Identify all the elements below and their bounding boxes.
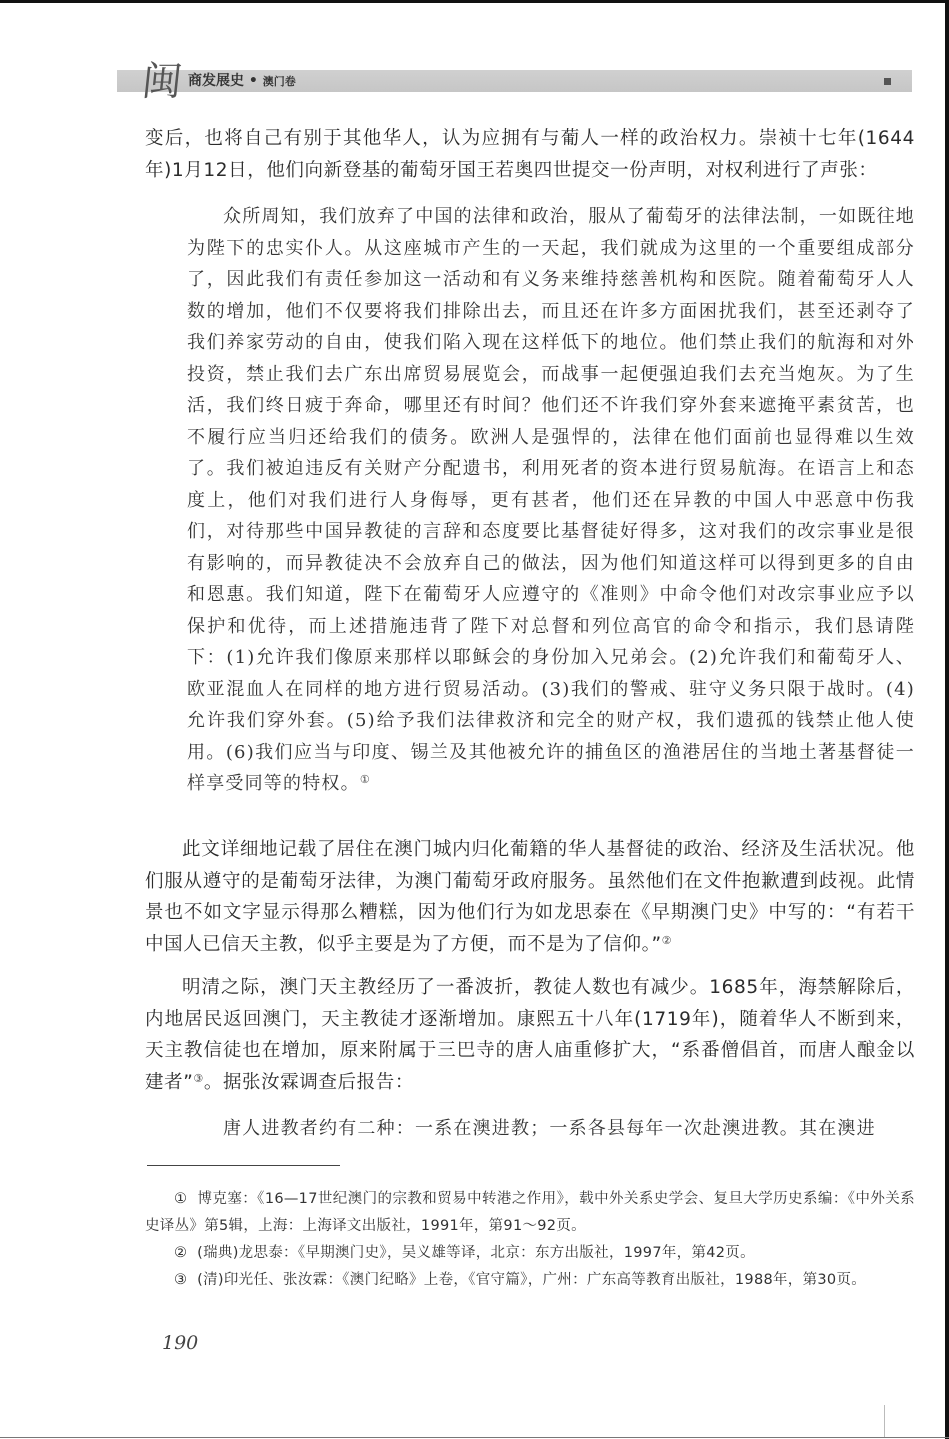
header-logo-min-character: 闽 <box>140 60 185 104</box>
paragraph-analysis: 此文详细地记载了居住在澳门城内归化葡籍的华人基督徒的政治、经济及生活状况。他们服… <box>145 834 915 960</box>
block-quote-report: 唐人进教者约有二种：一系在澳进教；一系各县每年一次赴澳进教。其在澳进 <box>187 1113 915 1145</box>
page-number: 190 <box>162 1332 198 1354</box>
scan-top-border <box>0 0 949 3</box>
scan-artifact-mark <box>884 1405 885 1437</box>
volume-subtitle: 澳门卷 <box>263 75 296 88</box>
running-header-title: 商发展史 • 澳门卷 <box>188 71 296 92</box>
scan-bottom-edge <box>0 1437 949 1438</box>
footnote-3: ③ (清)印光任、张汝霖：《澳门纪略》上卷，《官守篇》，广州：广东高等教育出版社… <box>145 1267 915 1294</box>
block-quote-declaration: 众所周知，我们放弃了中国的法律和政治，服从了葡萄牙的法律法制，一如既往地为陛下的… <box>187 201 915 800</box>
footnote-text: (瑞典)龙思泰：《早期澳门史》，吴义雄等译，北京：东方出版社，1997年，第42… <box>197 1245 755 1261</box>
header-square-marker-icon <box>884 78 891 85</box>
footnote-ref-2[interactable]: ② <box>662 934 672 947</box>
scan-right-border <box>945 0 949 1439</box>
book-title: 商发展史 <box>188 73 244 89</box>
paragraph-ming-qing: 明清之际，澳门天主教经历了一番波折，教徒人数也有减少。1685年，海禁解除后，内… <box>145 972 915 1098</box>
footnote-2: ② (瑞典)龙思泰：《早期澳门史》，吴义雄等译，北京：东方出版社，1997年，第… <box>145 1240 915 1267</box>
footnote-ref-3[interactable]: ③ <box>193 1072 203 1085</box>
footnote-marker: ③ <box>174 1272 187 1288</box>
footnote-marker: ② <box>174 1245 187 1261</box>
footnote-marker: ① <box>174 1191 187 1207</box>
paragraph-analysis-text: 此文详细地记载了居住在澳门城内归化葡籍的华人基督徒的政治、经济及生活状况。他们服… <box>145 839 915 955</box>
footnote-1: ① 博克塞：《16—17世纪澳门的宗教和贸易中转港之作用》，载中外关系史学会、复… <box>145 1186 915 1240</box>
block-quote-text: 众所周知，我们放弃了中国的法律和政治，服从了葡萄牙的法律法制，一如既往地为陛下的… <box>187 206 915 794</box>
footnote-divider <box>147 1165 340 1166</box>
paragraph-intro: 变后，也将自己有别于其他华人，认为应拥有与葡人一样的政治权力。崇祯十七年(164… <box>145 123 915 186</box>
title-separator: • <box>244 73 263 89</box>
footnote-ref-1[interactable]: ① <box>360 773 371 786</box>
paragraph-ming-qing-tail: 。据张汝霖调查后报告： <box>204 1072 414 1093</box>
footnotes-section: ① 博克塞：《16—17世纪澳门的宗教和贸易中转港之作用》，载中外关系史学会、复… <box>145 1186 915 1294</box>
footnote-text: 博克塞：《16—17世纪澳门的宗教和贸易中转港之作用》，载中外关系史学会、复旦大… <box>145 1191 915 1234</box>
footnote-text: (清)印光任、张汝霖：《澳门纪略》上卷，《官守篇》，广州：广东高等教育出版社，1… <box>197 1272 866 1288</box>
